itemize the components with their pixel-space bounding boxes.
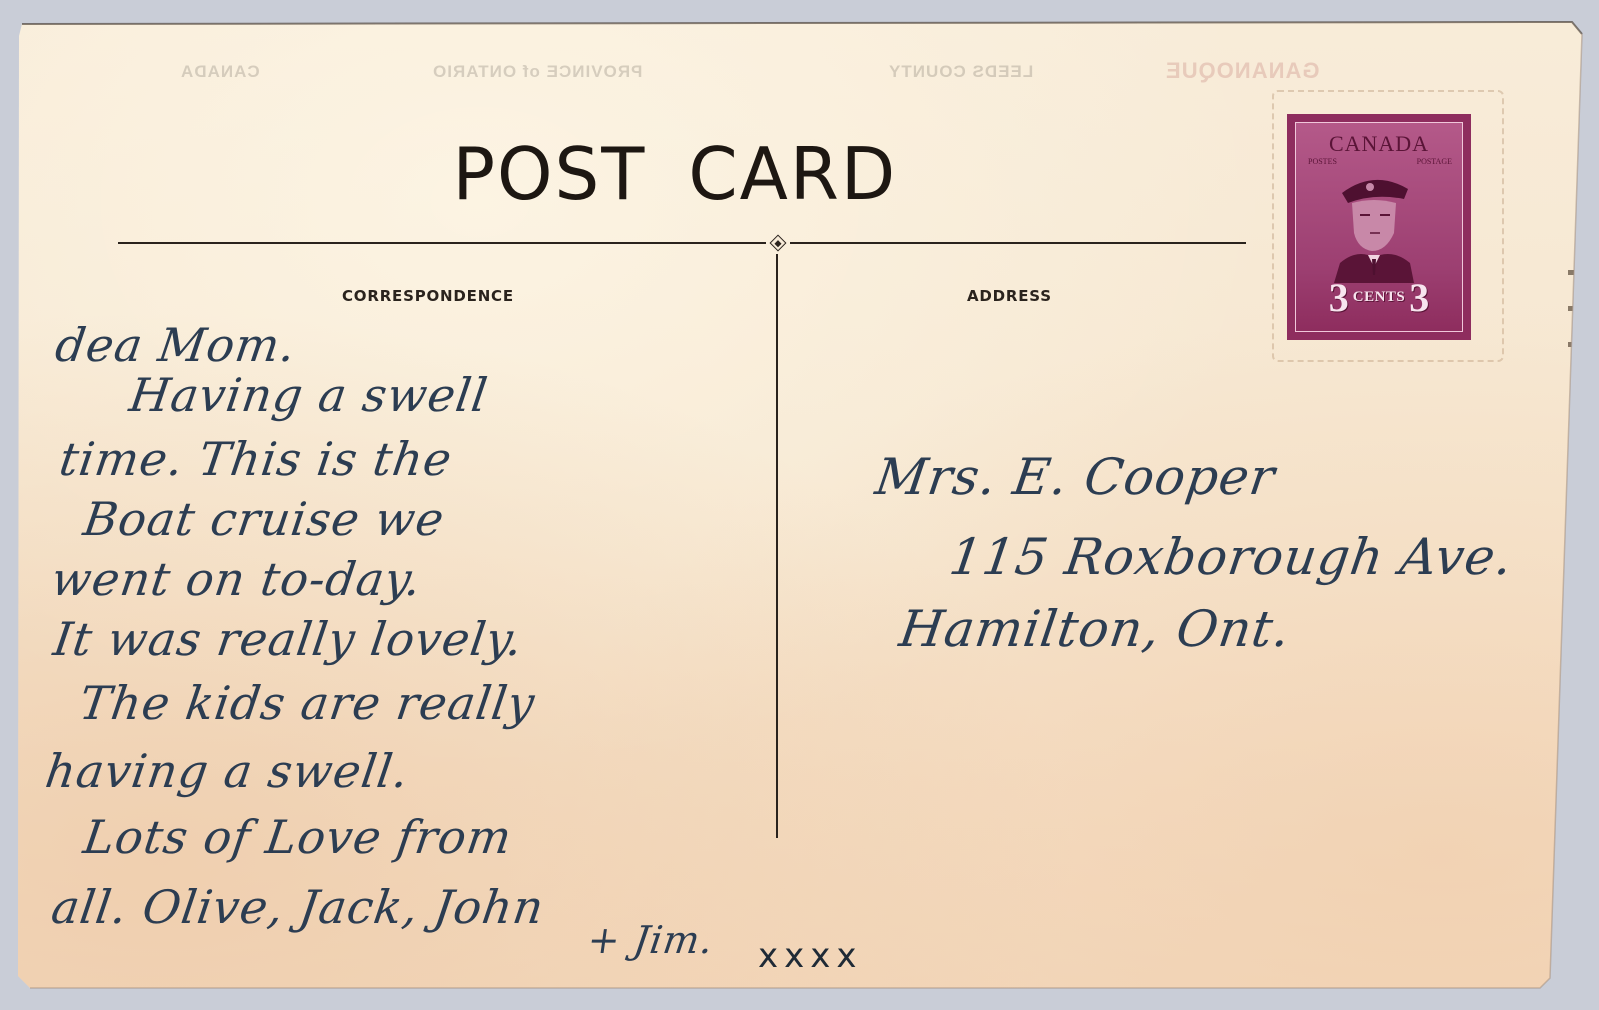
stamp-value-unit: CENTS	[1353, 289, 1406, 305]
mirrored-text-town: GANANOQUE	[1165, 58, 1319, 84]
message-line-1: dea Mom.	[52, 318, 299, 372]
postage-stamp: CANADA POSTES POSTAGE 3 CENTS 3	[1287, 114, 1471, 340]
correspondence-label: CORRESPONDENCE	[342, 287, 514, 305]
stamp-postes: POSTES	[1308, 157, 1337, 166]
stamp-value-left: 3	[1329, 275, 1349, 320]
address-line-3: Hamilton, Ont.	[896, 600, 1294, 658]
message-line-2: Having a swell	[126, 368, 491, 422]
message-line-3: time. This is the	[56, 432, 455, 486]
address-line-2: 115 Roxborough Ave.	[946, 528, 1517, 586]
stamp-face: CANADA POSTES POSTAGE 3 CENTS 3	[1295, 122, 1463, 332]
mirrored-text-province: PROVINCE of ONTARIO	[432, 62, 642, 82]
message-line-6: It was really lovely.	[50, 612, 526, 666]
message-line-7: The kids are really	[76, 676, 538, 730]
divider-line-left	[118, 242, 766, 244]
message-line-4: Boat cruise we	[80, 492, 448, 546]
stamp-country: CANADA	[1296, 131, 1462, 157]
kisses: xxxx	[758, 936, 862, 976]
king-portrait-icon	[1334, 163, 1414, 283]
stamp-denomination: 3 CENTS 3	[1296, 274, 1462, 321]
message-line-5: went on to-day.	[48, 552, 425, 606]
message-line-10: all. Olive, Jack, John	[48, 880, 547, 934]
postcard-back: CANADA PROVINCE of ONTARIO LEEDS COUNTY …	[0, 0, 1599, 1010]
mirrored-text-county: LEEDS COUNTY	[888, 62, 1033, 82]
stamp-value-right: 3	[1409, 275, 1429, 320]
postmark-ticks	[1568, 270, 1576, 378]
center-vertical-divider	[776, 254, 778, 838]
divider-ornament-icon	[770, 235, 787, 252]
divider-line-right	[790, 242, 1246, 244]
mirrored-text-canada: CANADA	[180, 62, 260, 82]
stamp-postage: POSTAGE	[1417, 157, 1452, 166]
address-line-1: Mrs. E. Cooper	[872, 448, 1279, 506]
address-label: ADDRESS	[967, 287, 1052, 305]
message-line-9: Lots of Love from	[80, 810, 515, 864]
message-line-11: + Jim.	[585, 918, 717, 962]
message-line-8: having a swell.	[42, 744, 412, 798]
postcard-title: POST CARD	[453, 132, 898, 216]
